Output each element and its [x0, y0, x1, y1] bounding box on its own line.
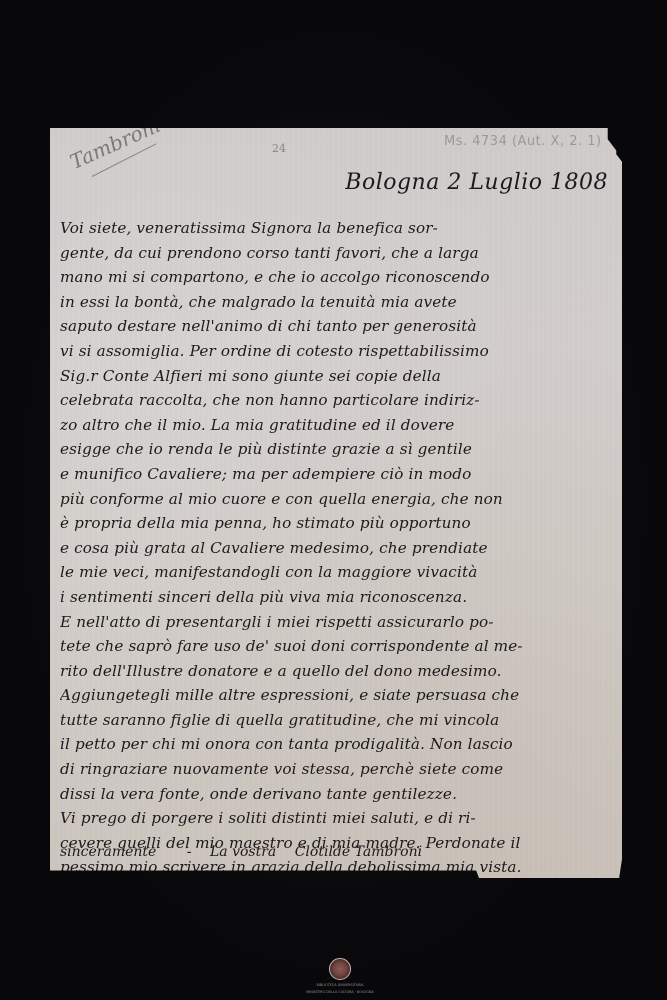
letter-line: E nell'atto di presentargli i miei rispe… [60, 610, 612, 635]
letter-line: è propria della mia penna, ho stimato pi… [60, 511, 612, 536]
library-seal-icon [329, 958, 351, 980]
valediction: sinceramente [60, 844, 156, 860]
catalogue-mark: Ms. 4734 (Aut. X, 2. 1) [444, 134, 602, 149]
document-viewer: Tambroni 24 Ms. 4734 (Aut. X, 2. 1) Bolo… [0, 0, 667, 1000]
letter-line: tutte saranno figlie di quella gratitudi… [60, 708, 612, 733]
seal-caption-line-2: Ministero della Cultura · Bologna [300, 990, 380, 994]
letter-line: Vi prego di porgere i soliti distinti mi… [60, 806, 612, 831]
letter-line: gente, da cui prendono corso tanti favor… [60, 241, 612, 266]
letter-line: saputo destare nell'animo di chi tanto p… [60, 314, 612, 339]
letter-line: Sig.r Conte Alfieri mi sono giunte sei c… [60, 364, 612, 389]
letter-line: di ringraziare nuovamente voi stessa, pe… [60, 757, 612, 782]
letter-line: dissi la vera fonte, onde derivano tante… [60, 782, 612, 807]
letter-line: tete che saprò fare uso de' suoi doni co… [60, 634, 612, 659]
letter-line: le mie veci, manifestandogli con la magg… [60, 560, 612, 585]
letter-line: il petto per chi mi onora con tanta prod… [60, 732, 612, 757]
page-number: 24 [272, 142, 286, 155]
letter-line: i sentimenti sinceri della più viva mia … [60, 585, 612, 610]
letter-line: esigge che io renda le più distinte graz… [60, 437, 612, 462]
institution-watermark: Biblioteca Universitaria Ministero della… [300, 958, 380, 995]
letter-line: e cosa più grata al Cavaliere medesimo, … [60, 536, 612, 561]
letter-line: e munifico Cavaliere; ma per adempiere c… [60, 462, 612, 487]
letter-line: zo altro che il mio. La mia gratitudine … [60, 413, 612, 438]
letter-line: in essi la bontà, che malgrado la tenuit… [60, 290, 612, 315]
letter-sheet: Tambroni 24 Ms. 4734 (Aut. X, 2. 1) Bolo… [50, 128, 622, 878]
dateline: Bologna 2 Luglio 1808 [345, 170, 608, 195]
letter-line: Voi siete, veneratissima Signora la bene… [60, 216, 612, 241]
letter-line: Amate e conservatemi la vostra grazia a … [60, 880, 612, 905]
seal-caption-line-1: Biblioteca Universitaria [300, 983, 380, 987]
letter-body: Voi siete, veneratissima Signora la bene… [60, 216, 612, 905]
closing-separator: - [187, 844, 192, 860]
signature: Clotilde Tambroni [295, 844, 422, 860]
letter-line: rito dell'Illustre donatore e a quello d… [60, 659, 612, 684]
letter-line: vi si assomiglia. Per ordine di cotesto … [60, 339, 612, 364]
signature-prefix: La vostra [210, 844, 276, 860]
letter-closing: sinceramente - La vostra Clotilde Tambro… [60, 844, 612, 860]
letter-line: più conforme al mio cuore e con quella e… [60, 487, 612, 512]
letter-line: celebrata raccolta, che non hanno partic… [60, 388, 612, 413]
letter-line: Aggiungetegli mille altre espressioni, e… [60, 683, 612, 708]
letter-line: mano mi si compartono, e che io accolgo … [60, 265, 612, 290]
